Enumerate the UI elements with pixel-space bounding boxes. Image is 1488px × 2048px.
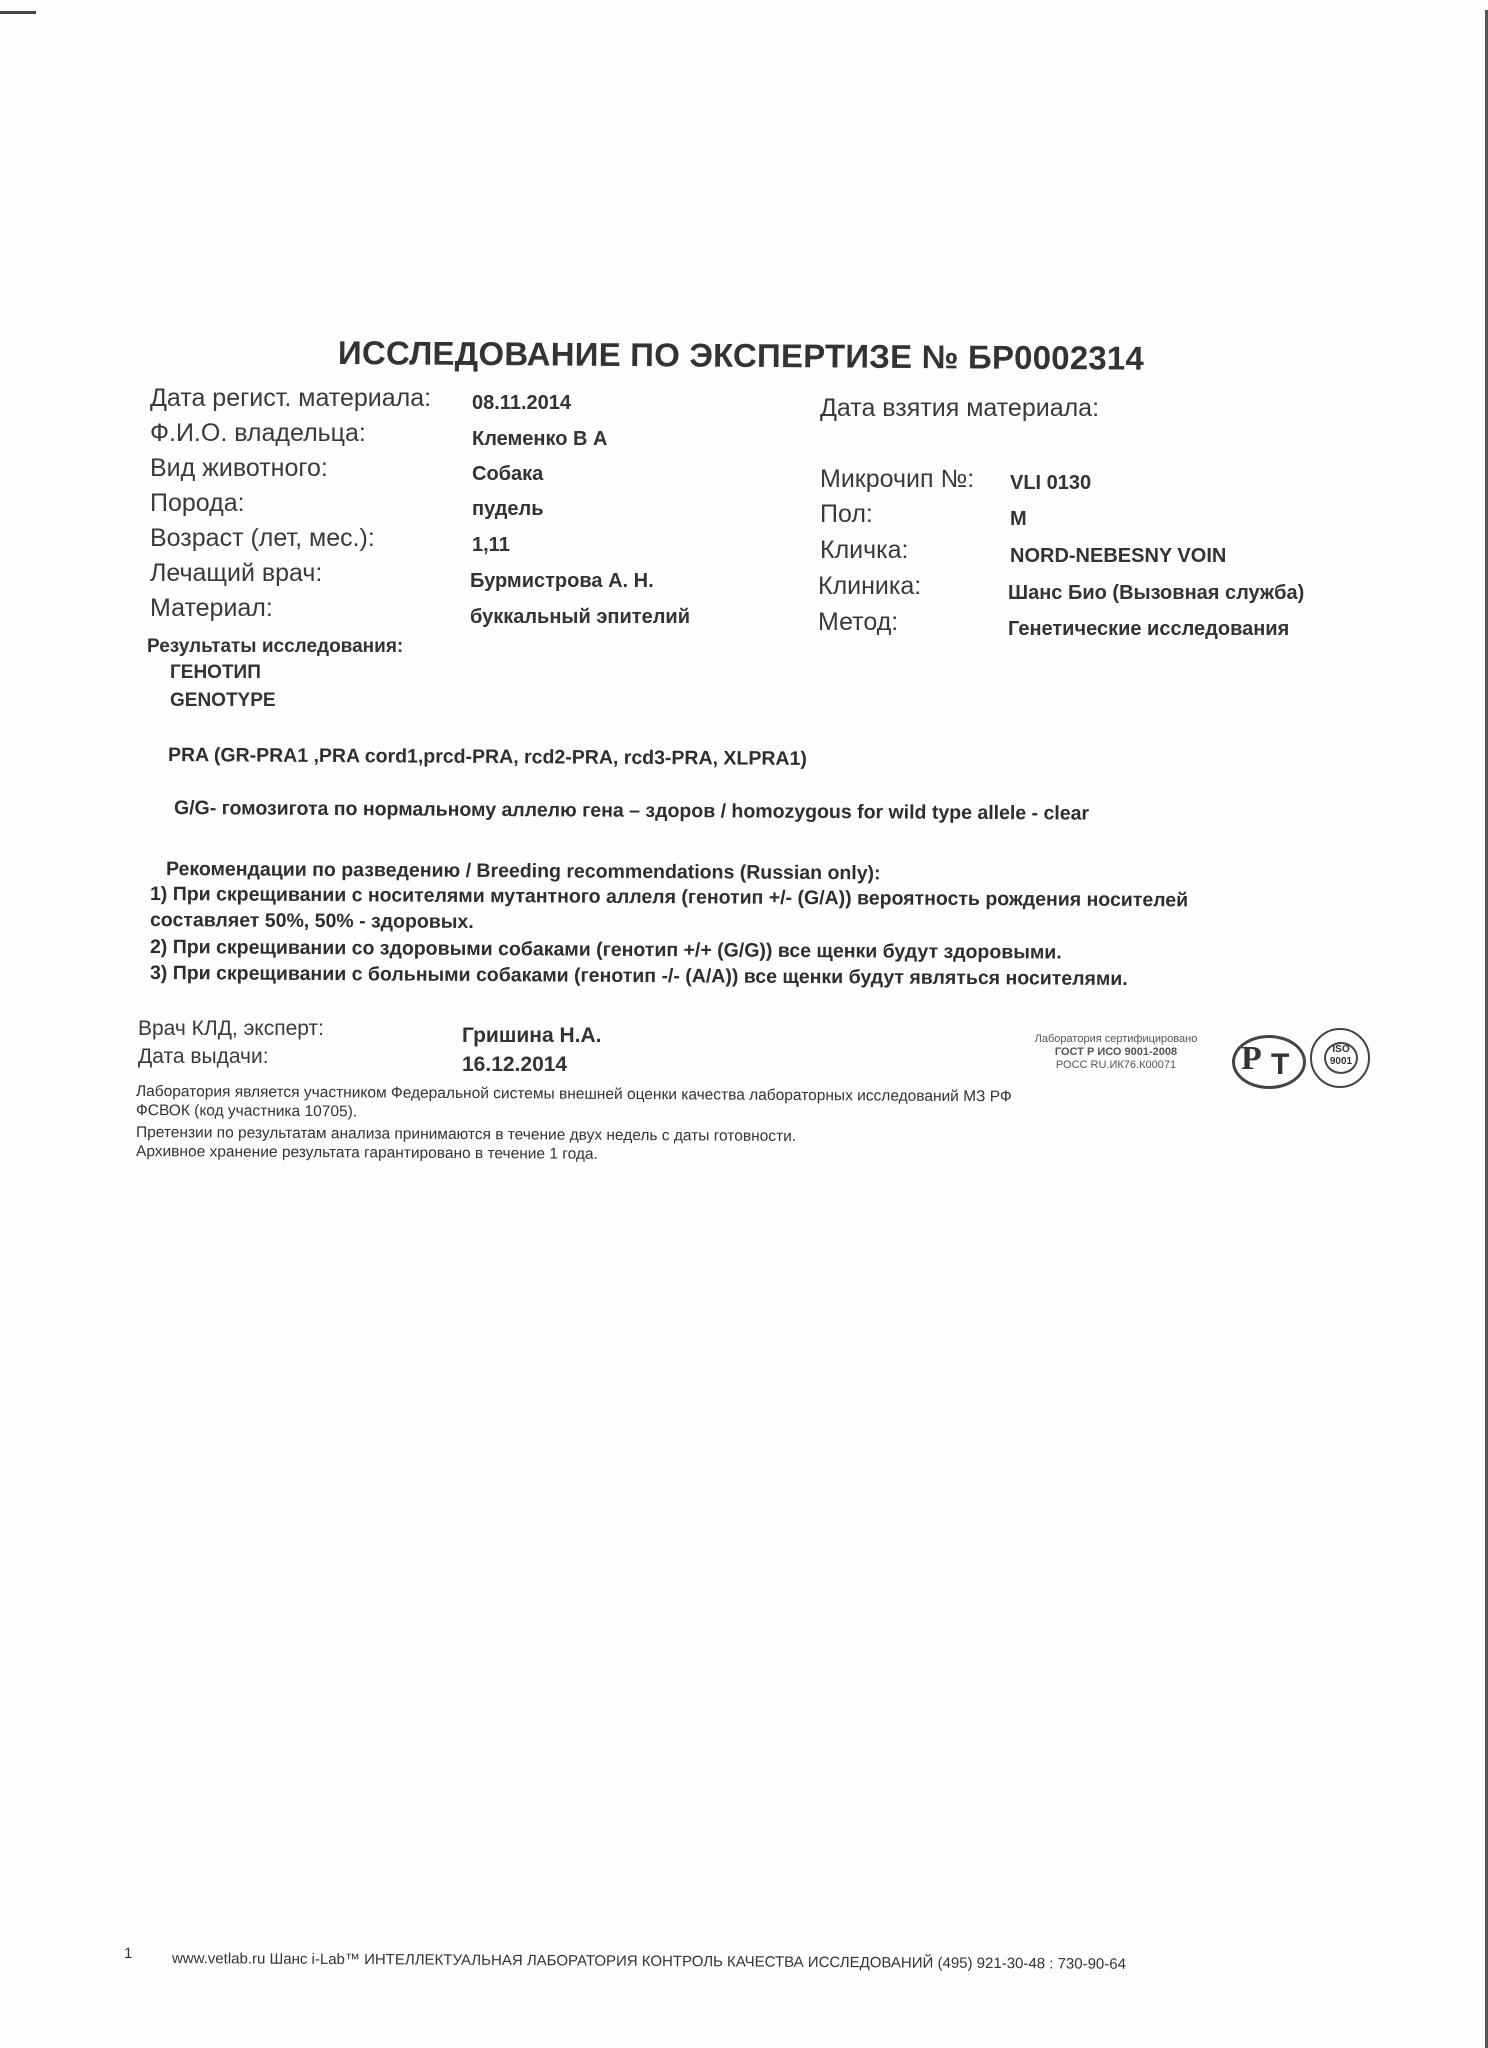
field-label-breed: Порода: bbox=[150, 489, 245, 518]
field-label-owner: Ф.И.О. владельца: bbox=[150, 419, 366, 448]
note-archive: Архивное хранение результата гарантирова… bbox=[136, 1143, 598, 1164]
field-label-registration-date: Дата регист. материала: bbox=[150, 384, 431, 413]
field-value-age: 1,11 bbox=[472, 534, 510, 557]
issue-date-label: Дата выдачи: bbox=[138, 1045, 269, 1069]
field-value-breed: пудель bbox=[472, 498, 544, 521]
field-value-owner: Клеменко В А bbox=[472, 428, 607, 451]
field-value-material: буккальный эпителий bbox=[470, 606, 690, 629]
field-value-sex: M bbox=[1010, 508, 1027, 531]
expert-value: Гришина Н.А. bbox=[462, 1024, 601, 1048]
field-value-doctor: Бурмистрова А. Н. bbox=[470, 570, 654, 593]
field-label-sex: Пол: bbox=[820, 500, 873, 529]
recommendations-heading: Рекомендации по разведению / Breeding re… bbox=[166, 858, 881, 885]
field-label-sampling-date: Дата взятия материала: bbox=[820, 394, 1099, 423]
genotype-result: G/G- гомозигота по нормальному аллелю ге… bbox=[174, 797, 1089, 826]
note-fsvok-code: ФСВОК (код участника 10705). bbox=[136, 1102, 357, 1121]
field-label-method: Метод: bbox=[818, 608, 898, 637]
field-value-microchip: VLI 0130 bbox=[1010, 472, 1091, 495]
cert-line-2: ГОСТ Р ИСО 9001-2008 bbox=[1008, 1046, 1224, 1059]
field-label-species: Вид животного: bbox=[150, 454, 328, 483]
field-label-clinic: Клиника: bbox=[818, 572, 921, 601]
scan-edge-mark bbox=[0, 11, 36, 14]
document-title: ИССЛЕДОВАНИЕ ПО ЭКСПЕРТИЗЕ № БР0002314 bbox=[338, 334, 1144, 378]
field-value-name: NORD-NEBESNY VOIN bbox=[1010, 545, 1226, 568]
genotype-ru: ГЕНОТИП bbox=[170, 662, 261, 684]
rst-certification-logo-icon: PT bbox=[1232, 1035, 1306, 1089]
issue-date-value: 16.12.2014 bbox=[462, 1053, 567, 1077]
cert-line-3: РОСС RU.ИК76.К00071 bbox=[1008, 1059, 1224, 1072]
test-panel: PRA (GR-PRA1 ,PRA cord1,prcd-PRA, rcd2-P… bbox=[168, 744, 807, 771]
cert-line-1: Лаборатория сертифицировано bbox=[1008, 1033, 1224, 1046]
field-label-microchip: Микрочип №: bbox=[820, 465, 974, 494]
iso-9001-logo-icon: ISO9001 bbox=[1310, 1028, 1370, 1088]
genotype-en: GENOTYPE bbox=[170, 690, 276, 712]
field-value-registration-date: 08.11.2014 bbox=[472, 392, 571, 415]
expert-label: Врач КЛД, эксперт: bbox=[138, 1017, 324, 1041]
field-label-name: Кличка: bbox=[820, 536, 908, 565]
field-label-material: Материал: bbox=[150, 594, 273, 623]
recommendation-3: 3) При скрещивании с больными собаками (… bbox=[150, 962, 1128, 991]
footer-text: www.vetlab.ru Шанс i-Lab™ ИНТЕЛЛЕКТУАЛЬН… bbox=[172, 1950, 1126, 1973]
page-number: 1 bbox=[124, 1945, 132, 1962]
field-value-clinic: Шанс Био (Вызовная служба) bbox=[1008, 582, 1304, 605]
field-value-species: Собака bbox=[472, 463, 543, 486]
field-label-doctor: Лечащий врач: bbox=[150, 559, 322, 588]
recommendation-1: 1) При скрещивании с носителями мутантно… bbox=[150, 883, 1188, 912]
recommendation-2: 2) При скрещивании со здоровыми собаками… bbox=[150, 936, 1062, 965]
recommendation-1-cont: составляет 50%, 50% - здоровых. bbox=[150, 909, 474, 934]
results-heading: Результаты исследования: bbox=[147, 636, 403, 658]
field-value-method: Генетические исследования bbox=[1008, 618, 1289, 641]
field-label-age: Возраст (лет, мес.): bbox=[150, 524, 375, 553]
certification-text: Лаборатория сертифицировано ГОСТ Р ИСО 9… bbox=[1008, 1033, 1224, 1072]
